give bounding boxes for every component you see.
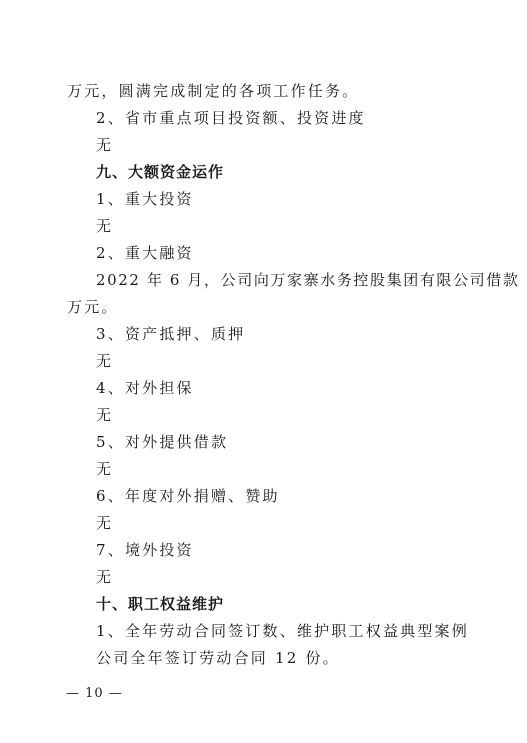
paragraph-continuation: 万元。: [67, 297, 119, 317]
body-none: 无: [96, 135, 113, 155]
document-page: 万元，圆满完成制定的各项工作任务。 2、省市重点项目投资额、投资进度 无 九、大…: [0, 0, 527, 743]
subitem-labor-contracts: 1、全年劳动合同签订数、维护职工权益典型案例: [96, 621, 469, 641]
section-heading-employee-rights: 十、职工权益维护: [96, 594, 224, 614]
subitem-key-project-investment: 2、省市重点项目投资额、投资进度: [96, 108, 366, 128]
paragraph-continuation: 万元，圆满完成制定的各项工作任务。: [67, 81, 359, 101]
subitem-major-investment: 1、重大投资: [96, 189, 194, 209]
body-none: 无: [96, 216, 113, 236]
subitem-major-financing: 2、重大融资: [96, 243, 194, 263]
body-none: 无: [96, 567, 113, 587]
body-none: 无: [96, 351, 113, 371]
subitem-external-loans: 5、对外提供借款: [96, 432, 228, 452]
subitem-donations-sponsorship: 6、年度对外捐赠、赞助: [96, 486, 280, 506]
subitem-asset-mortgage-pledge: 3、资产抵押、质押: [96, 324, 245, 344]
body-labor-contract-count: 公司全年签订劳动合同 12 份。: [96, 648, 340, 668]
section-heading-large-fund-operation: 九、大额资金运作: [96, 162, 224, 182]
page-number: — 10 —: [66, 686, 123, 702]
body-loan-description: 2022 年 6 月，公司向万家寨水务控股集团有限公司借款 500: [96, 270, 527, 290]
subitem-overseas-investment: 7、境外投资: [96, 540, 194, 560]
subitem-external-guarantee: 4、对外担保: [96, 378, 194, 398]
body-none: 无: [96, 513, 113, 533]
body-none: 无: [96, 405, 113, 425]
body-none: 无: [96, 459, 113, 479]
